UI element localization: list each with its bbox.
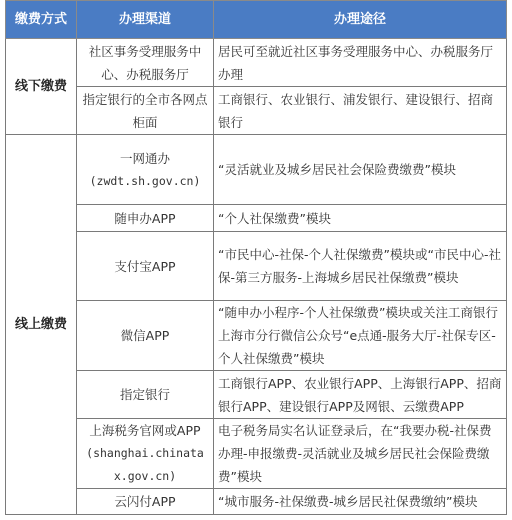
channel-url: (zwdt.sh.gov.cn) [81, 170, 209, 193]
channel-cell: 上海税务官网或APP (shanghai.chinatax.gov.cn) [77, 419, 214, 489]
route-cell: “灵活就业及城乡居民社会保险费缴费”模块 [214, 135, 507, 205]
channel-cell: 指定银行 [77, 371, 214, 419]
route-cell: 居民可至就近社区事务受理服务中心、办税服务厅办理 [214, 39, 507, 87]
channel-cell: 支付宝APP [77, 232, 214, 301]
route-cell: “市民中心-社保-个人社保缴费”模块或“市民中心-社保-第三方服务-上海城乡居民… [214, 232, 507, 301]
route-cell: “城市服务-社保缴费-城乡居民社保费缴纳”模块 [214, 489, 507, 515]
table-row: 支付宝APP “市民中心-社保-个人社保缴费”模块或“市民中心-社保-第三方服务… [6, 232, 507, 301]
table-row: 云闪付APP “城市服务-社保缴费-城乡居民社保费缴纳”模块 [6, 489, 507, 515]
table-row: 随申办APP “个人社保缴费”模块 [6, 205, 507, 232]
table-row: 线下缴费 社区事务受理服务中心、办税服务厅 居民可至就近社区事务受理服务中心、办… [6, 39, 507, 87]
channel-cell: 社区事务受理服务中心、办税服务厅 [77, 39, 214, 87]
table-row: 指定银行 工商银行APP、农业银行APP、上海银行APP、招商银行APP、建设银… [6, 371, 507, 419]
table-row: 微信APP “随申办小程序-个人社保缴费”模块或关注工商银行上海市分行微信公众号… [6, 301, 507, 371]
channel-url: (shanghai.chinatax.gov.cn) [81, 442, 209, 488]
payment-methods-table: 缴费方式 办理渠道 办理途径 线下缴费 社区事务受理服务中心、办税服务厅 居民可… [5, 0, 507, 515]
channel-cell: 随申办APP [77, 205, 214, 232]
route-cell: “个人社保缴费”模块 [214, 205, 507, 232]
route-cell: 工商银行APP、农业银行APP、上海银行APP、招商银行APP、建设银行APP及… [214, 371, 507, 419]
method-offline: 线下缴费 [6, 39, 77, 135]
channel-cell: 微信APP [77, 301, 214, 371]
header-route: 办理途径 [214, 1, 507, 39]
table-row: 线上缴费 一网通办 (zwdt.sh.gov.cn) “灵活就业及城乡居民社会保… [6, 135, 507, 205]
route-cell: “随申办小程序-个人社保缴费”模块或关注工商银行上海市分行微信公众号“e点通-服… [214, 301, 507, 371]
channel-cell: 指定银行的全市各网点柜面 [77, 87, 214, 135]
table-row: 上海税务官网或APP (shanghai.chinatax.gov.cn) 电子… [6, 419, 507, 489]
route-cell: 电子税务局实名认证登录后，在“我要办税-社保费办理-申报缴费-灵活就业及城乡居民… [214, 419, 507, 489]
channel-cell: 一网通办 (zwdt.sh.gov.cn) [77, 135, 214, 205]
channel-label: 上海税务官网或APP [81, 419, 209, 442]
channel-cell: 云闪付APP [77, 489, 214, 515]
table-header-row: 缴费方式 办理渠道 办理途径 [6, 1, 507, 39]
header-channel: 办理渠道 [77, 1, 214, 39]
channel-label: 一网通办 [81, 147, 209, 170]
method-online: 线上缴费 [6, 135, 77, 515]
header-method: 缴费方式 [6, 1, 77, 39]
route-cell: 工商银行、农业银行、浦发银行、建设银行、招商银行 [214, 87, 507, 135]
table-row: 指定银行的全市各网点柜面 工商银行、农业银行、浦发银行、建设银行、招商银行 [6, 87, 507, 135]
